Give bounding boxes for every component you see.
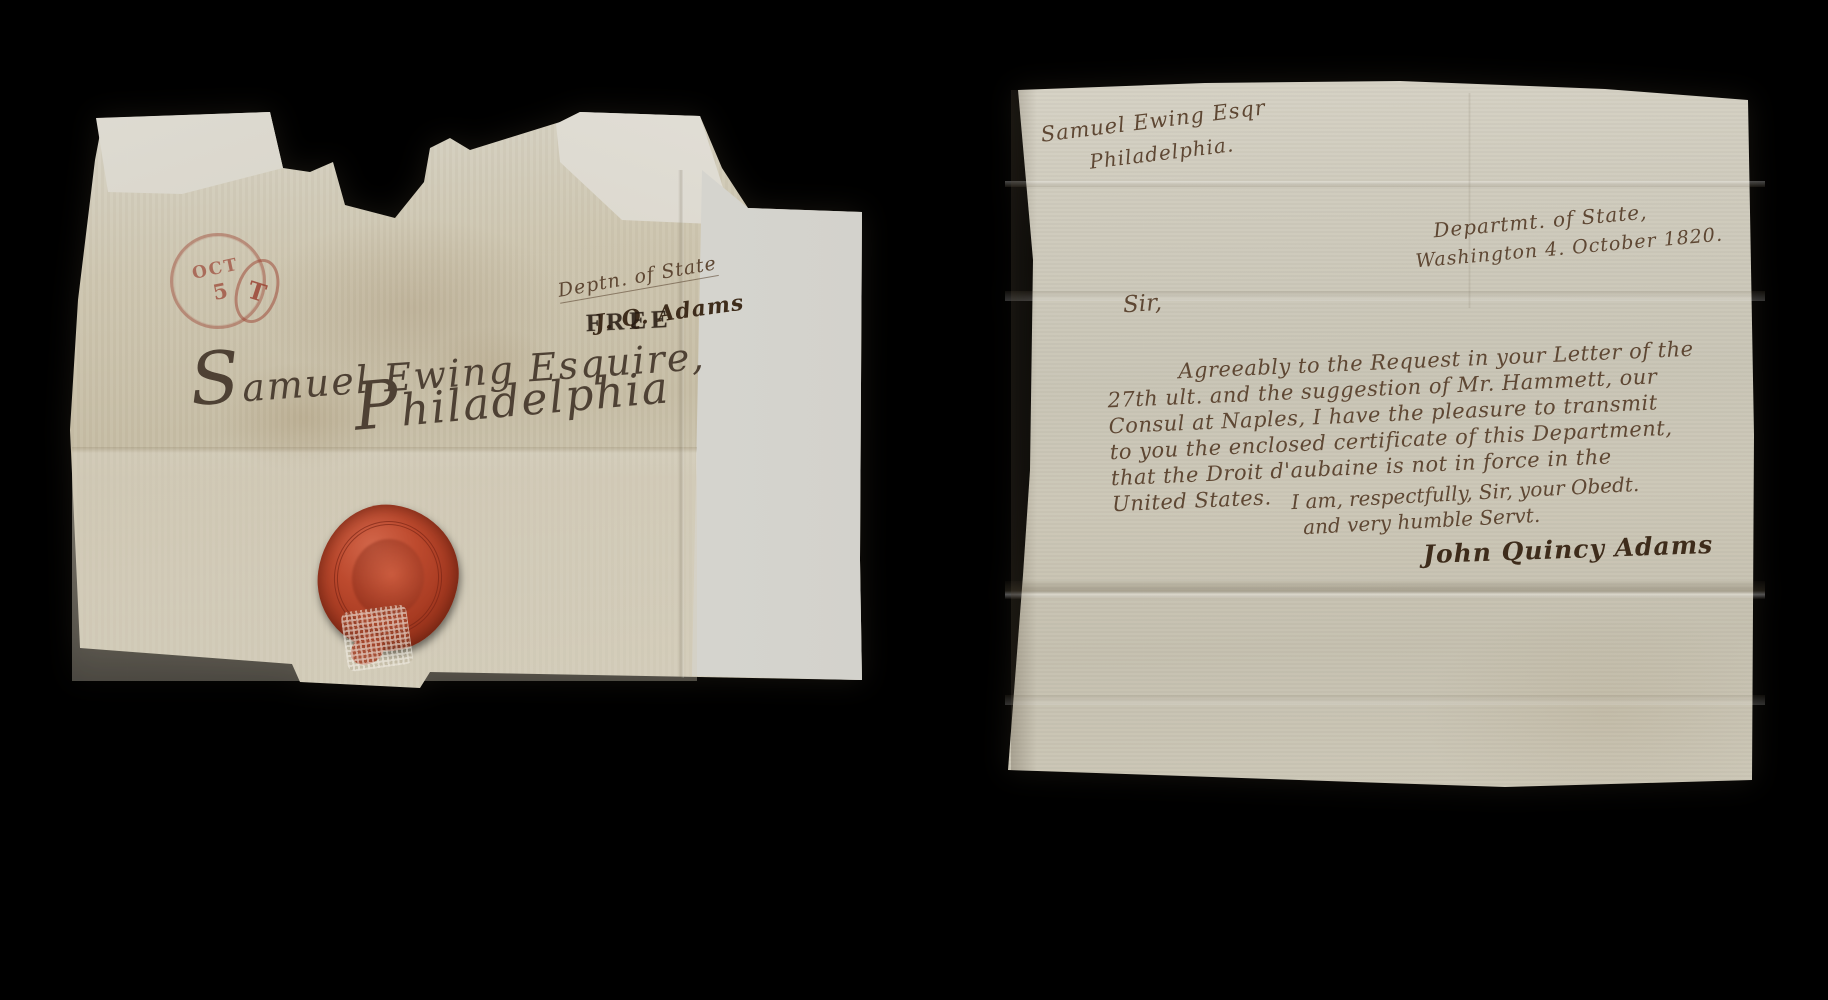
envelope-photo: OCT 5 T Deptn. of State J. Q. Adams FREE…	[62, 108, 862, 688]
letter-edge-shadow	[1011, 90, 1037, 770]
oval-stamp-mark: T	[244, 274, 270, 307]
letter-fold-crease	[1005, 581, 1765, 599]
letter-photo: Samuel Ewing Esqr Philadelphia. Departmt…	[1005, 75, 1765, 795]
envelope-vertical-crease	[678, 170, 684, 678]
photograph-background: { "colors": { "background": "#000000", "…	[0, 0, 1828, 1000]
postmark-day: 5	[210, 277, 230, 304]
seal-mesh-patch	[340, 604, 414, 673]
letter-vertical-crease	[1468, 93, 1471, 308]
letter-fold-crease	[1005, 695, 1765, 705]
letter-fold-crease	[1005, 291, 1765, 301]
letter-salutation: Sir,	[1122, 290, 1163, 319]
letter-fold-crease	[1005, 181, 1765, 187]
